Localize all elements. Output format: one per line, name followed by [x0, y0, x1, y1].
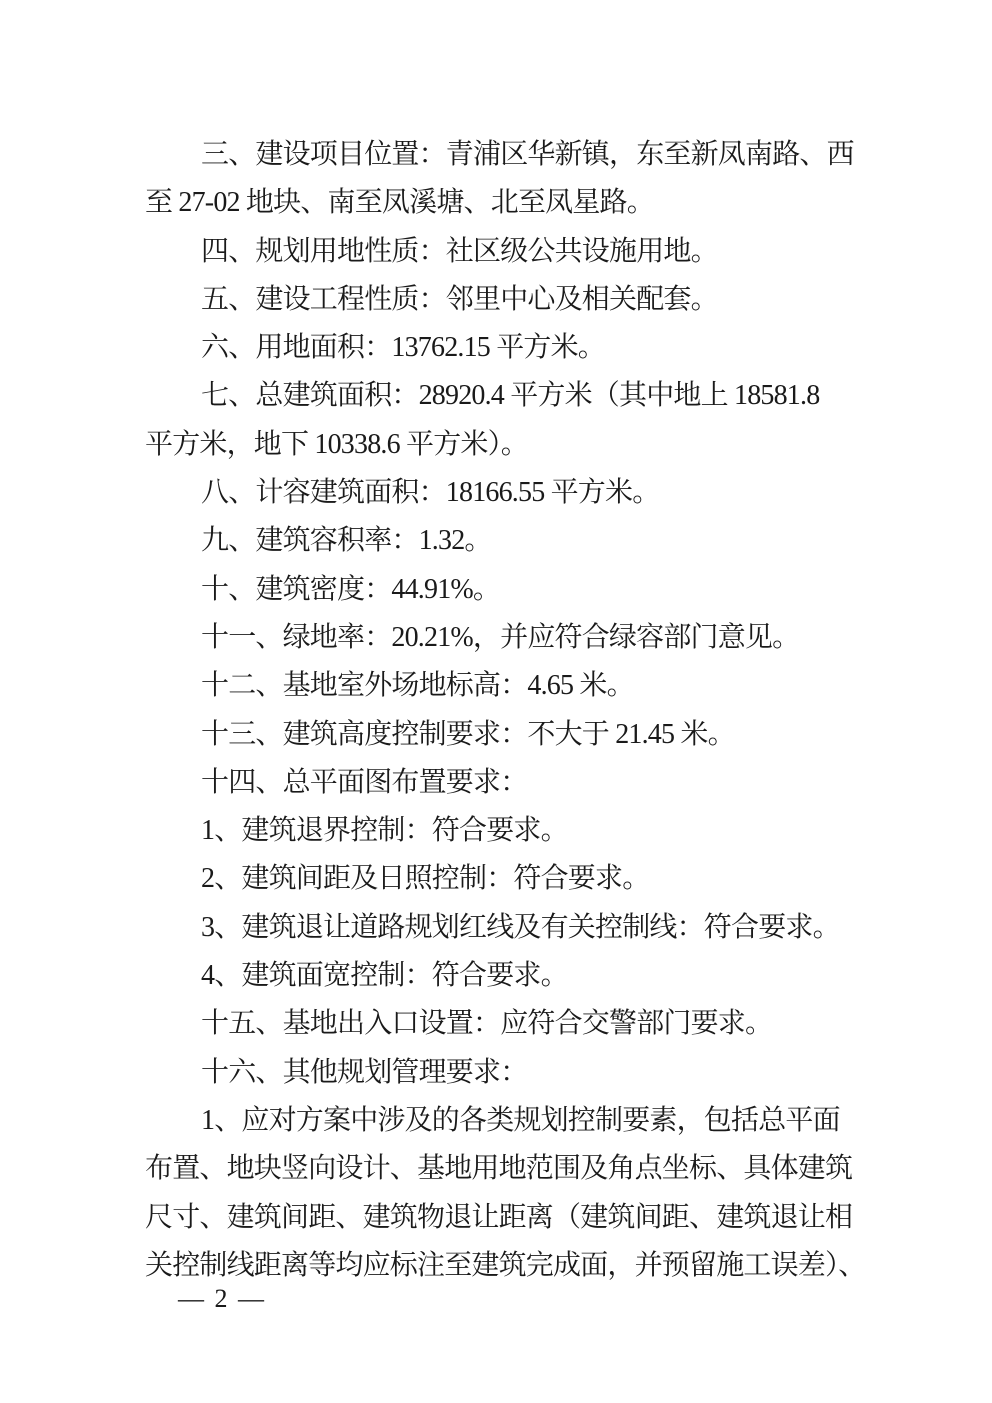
doc-line: 十四、总平面图布置要求： [145, 759, 861, 807]
doc-line: 关控制线距离等均应标注至建筑完成面，并预留施工误差）、 [145, 1242, 861, 1290]
doc-line: 三、建设项目位置：青浦区华新镇，东至新凤南路、西 [145, 131, 861, 179]
doc-line: 六、用地面积：13762.15 平方米。 [145, 324, 861, 372]
doc-line: 十五、基地出入口设置：应符合交警部门要求。 [145, 1000, 861, 1048]
doc-line: 十三、建筑高度控制要求：不大于 21.45 米。 [145, 711, 861, 759]
doc-line: 九、建筑容积率：1.32。 [145, 517, 861, 565]
doc-line: 尺寸、建筑间距、建筑物退让距离（建筑间距、建筑退让相 [145, 1194, 861, 1242]
doc-line: 至 27-02 地块、南至凤溪塘、北至凤星路。 [145, 179, 861, 227]
doc-line: 平方米，地下 10338.6 平方米）。 [145, 421, 861, 469]
doc-line: 十二、基地室外场地标高：4.65 米。 [145, 662, 861, 710]
doc-line: 布置、地块竖向设计、基地用地范围及角点坐标、具体建筑 [145, 1145, 861, 1193]
doc-line: 五、建设工程性质：邻里中心及相关配套。 [145, 276, 861, 324]
doc-line: 七、总建筑面积：28920.4 平方米（其中地上 18581.8 [145, 372, 861, 420]
page-content: 三、建设项目位置：青浦区华新镇，东至新凤南路、西 至 27-02 地块、南至凤溪… [145, 131, 861, 1290]
doc-line: 1、建筑退界控制：符合要求。 [145, 807, 861, 855]
doc-line: 十、建筑密度：44.91%。 [145, 566, 861, 614]
doc-line: 十六、其他规划管理要求： [145, 1049, 861, 1097]
doc-line: 四、规划用地性质：社区级公共设施用地。 [145, 228, 861, 276]
doc-line: 4、建筑面宽控制：符合要求。 [145, 952, 861, 1000]
doc-line: 2、建筑间距及日照控制：符合要求。 [145, 855, 861, 903]
doc-line: 1、应对方案中涉及的各类规划控制要素，包括总平面 [145, 1097, 861, 1145]
doc-line: 十一、绿地率：20.21%，并应符合绿容部门意见。 [145, 614, 861, 662]
doc-line: 3、建筑退让道路规划红线及有关控制线：符合要求。 [145, 904, 861, 952]
document-page: 三、建设项目位置：青浦区华新镇，东至新凤南路、西 至 27-02 地块、南至凤溪… [0, 0, 992, 1403]
doc-line: 八、计容建筑面积：18166.55 平方米。 [145, 469, 861, 517]
page-number: — 2 — [178, 1284, 266, 1314]
